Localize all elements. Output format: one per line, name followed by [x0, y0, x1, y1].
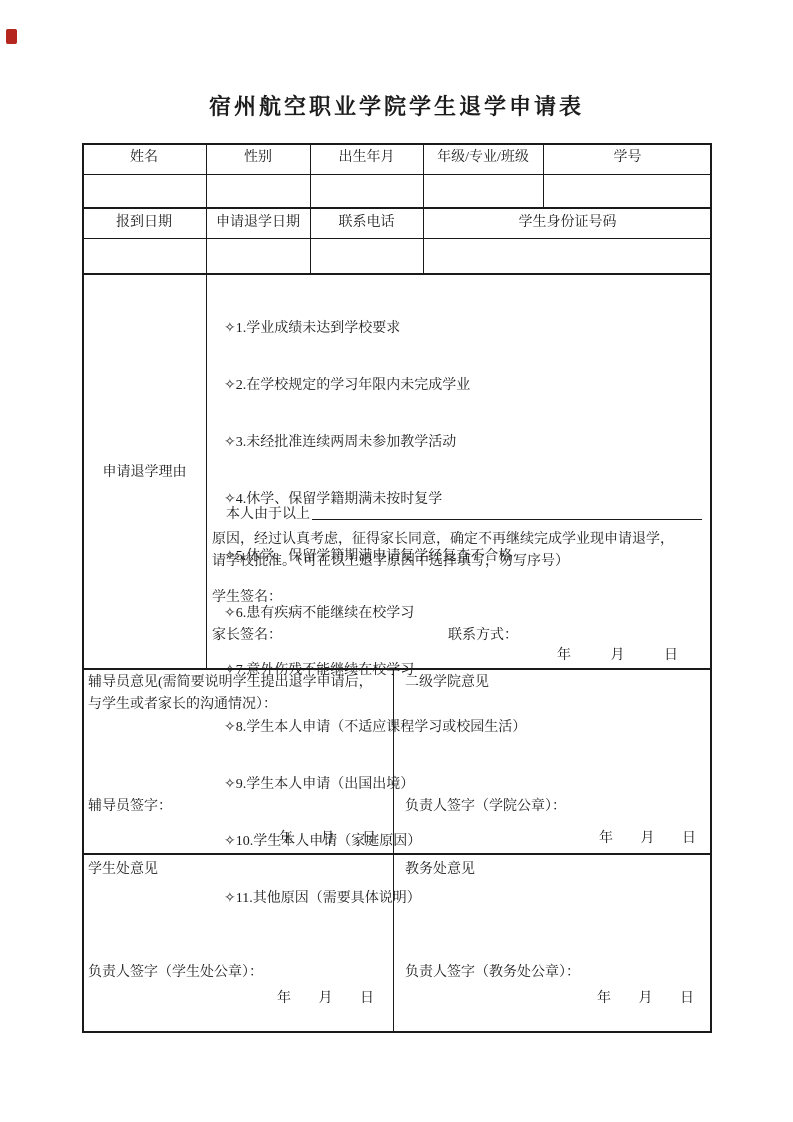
date-line: 年 月 日	[482, 827, 696, 847]
academic-affairs-signature-label: 负责人签字（教务处公章）：	[405, 961, 580, 981]
indent	[212, 503, 226, 523]
counselor-opinion-title: 辅导员意见(需简要说明学生提出退学申请后， 与学生或者家长的沟通情况）：	[88, 672, 390, 716]
declaration-lead-row: 本人由于以上	[212, 503, 704, 523]
header-name: 姓名	[82, 143, 206, 173]
counselor-title-line2: 与学生或者家长的沟通情况）：	[88, 694, 390, 716]
student-signature-label: 学生签名：	[212, 586, 282, 606]
college-opinion-title: 二级学院意见	[405, 672, 489, 694]
contact-label: 联系方式：	[448, 624, 518, 644]
header-registration-date: 报到日期	[82, 208, 206, 238]
header-birthdate: 出生年月	[310, 143, 423, 173]
date-line: 年 月 日	[482, 987, 694, 1007]
header-grade-major-class: 年级/专业/班级	[423, 143, 543, 173]
annotation-marker-icon	[6, 29, 17, 44]
reason-option: ✧9.学生本人申请（出国出境）	[224, 775, 526, 794]
declaration-lead: 本人由于以上	[226, 503, 310, 523]
header-phone: 联系电话	[310, 208, 423, 238]
student-affairs-opinion-title: 学生处意见	[88, 859, 158, 881]
declaration-line1: 原因，经过认真考虑，征得家长同意，确定不再继续完成学业现申请退学，	[212, 529, 708, 551]
withdraw-reason-label: 申请退学理由	[82, 273, 207, 668]
student-affairs-signature-label: 负责人签字（学生处公章）：	[88, 961, 263, 981]
gender-value-cell[interactable]	[206, 174, 310, 207]
header-student-id: 学号	[543, 143, 712, 173]
form-table: 姓名 性别 出生年月 年级/专业/班级 学号 报到日期 申请退学日期 联系电话 …	[82, 143, 712, 1033]
date-line: 年 月 日	[412, 644, 678, 664]
header-gender: 性别	[206, 143, 310, 173]
date-line: 年 月 日	[162, 987, 374, 1007]
name-value-cell[interactable]	[82, 174, 206, 207]
college-signature-label: 负责人签字（学院公章）：	[405, 795, 566, 815]
id-card-number-value-cell[interactable]	[423, 239, 712, 273]
academic-affairs-opinion-title: 教务处意见	[405, 859, 475, 881]
phone-value-cell[interactable]	[310, 239, 423, 273]
birthdate-value-cell[interactable]	[310, 174, 423, 207]
header-withdrawal-date: 申请退学日期	[206, 208, 310, 238]
table-border-bottom	[82, 1031, 712, 1033]
reason-option: ✧1.学业成绩未达到学校要求	[224, 319, 526, 338]
reason-option: ✧3.未经批准连续两周未参加教学活动	[224, 433, 526, 452]
page-title: 宿州航空职业学院学生退学申请表	[0, 90, 793, 121]
reason-fill-in-line[interactable]	[312, 503, 702, 520]
withdrawal-application-form-page: 宿州航空职业学院学生退学申请表 姓名 性别 出生年月 年级/专业/班级 学号	[0, 0, 793, 1122]
date-line: 年 月 日	[162, 827, 376, 847]
reason-option: ✧11.其他原因（需要具体说明）	[224, 889, 526, 908]
reason-option: ✧8.学生本人申请（不适应课程学习或校园生活）	[224, 718, 526, 737]
counselor-title-line1: 辅导员意见(需简要说明学生提出退学申请后，	[88, 672, 390, 694]
counselor-signature-label: 辅导员签字：	[88, 795, 172, 815]
parent-signature-label: 家长签名：	[212, 624, 282, 644]
table-border-right	[710, 143, 712, 1033]
reason-option: ✧2.在学校规定的学习年限内未完成学业	[224, 376, 526, 395]
header-id-card-number: 学生身份证号码	[423, 208, 712, 238]
withdrawal-date-value-cell[interactable]	[206, 239, 310, 273]
grade-major-class-value-cell[interactable]	[423, 174, 543, 207]
reason-option: ✧6.患有疾病不能继续在校学习	[224, 604, 526, 623]
declaration-line2: 请学校批准。（可在以上退学原因中选择填写，勿写序号）	[212, 551, 708, 573]
student-id-value-cell[interactable]	[543, 174, 712, 207]
registration-date-value-cell[interactable]	[82, 239, 206, 273]
